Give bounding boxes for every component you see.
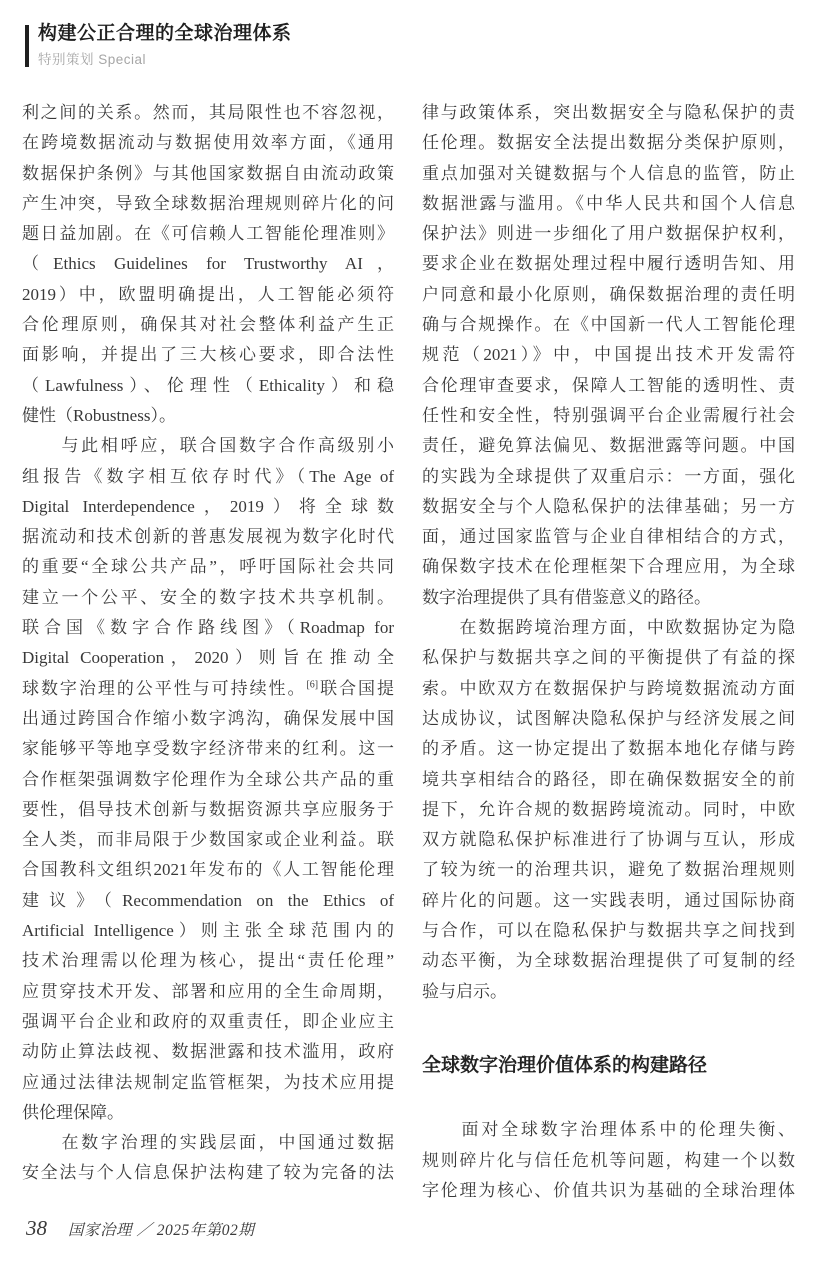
journal-name: 国家治理 ／ 2025年第02期	[68, 1218, 254, 1240]
text-line: 合伦理原则，确保其对社会整体利益产生正	[22, 310, 394, 340]
text-line: 的实践为全球提供了双重启示：一方面，强化	[422, 462, 795, 492]
text-line: 组报告《数字相互依存时代》（The Age of	[22, 462, 394, 492]
text-line: 合伦理审查要求，保障人工智能的透明性、责	[422, 371, 795, 401]
text-line: 供伦理保障。	[22, 1098, 394, 1128]
text-line: 提下，允许合规的数据跨境流动。同时，中欧	[422, 795, 795, 825]
text-line: 强调平台企业和政府的双重责任，即企业应主	[22, 1007, 394, 1037]
text-run: 联合国提	[318, 679, 394, 698]
text-line: 确保数字技术在伦理框架下合理应用，为全球	[422, 552, 795, 582]
text-line: 技术治理需以伦理为核心，提出“责任伦理”	[22, 946, 394, 976]
text-line: Digital Interdependence，2019）将全球数	[22, 492, 394, 522]
text-line: 验与启示。	[422, 977, 795, 1007]
text-line: 双方就隐私保护标准进行了协调与互认，形成	[422, 825, 795, 855]
text-line: 动态平衡，为全球数据治理提供了可复制的经	[422, 946, 795, 976]
text-line: 建立一个公平、安全的数字技术共享机制。	[22, 583, 394, 613]
text-line: 面对全球数字治理体系中的伦理失衡、	[422, 1115, 795, 1145]
header: 构建公正合理的全球治理体系 特别策划 Special	[38, 21, 292, 69]
page-title: 构建公正合理的全球治理体系	[38, 21, 292, 47]
text-line: 合作框架强调数字伦理作为全球公共产品的重	[22, 765, 394, 795]
text-line: 全人类，而非局限于少数国家或企业利益。联	[22, 825, 394, 855]
text-line: 安全法与个人信息保护法构建了较为完备的法	[22, 1158, 394, 1188]
text-run: 球数字治理的公平性与可持续性。	[22, 679, 306, 698]
text-line: 要求企业在数据处理过程中履行透明告知、用	[422, 249, 795, 279]
column-left: 利之间的关系。然而，其局限性也不容忽视，在跨境数据流动与数据使用效率方面，《通用…	[22, 98, 394, 1206]
text-line: 达成协议，试图解决隐私保护与经济发展之间	[422, 704, 795, 734]
text-line: 与合作，可以在隐私保护与数据共享之间找到	[422, 916, 795, 946]
text-line: 要性，倡导技术创新与数据资源共享应服务于	[22, 795, 394, 825]
text-line: 在数字治理的实践层面，中国通过数据	[22, 1128, 394, 1158]
text-line: 数据安全与个人隐私保护的法律基础；另一方	[422, 492, 795, 522]
text-line: 确与合规操作。在《中国新一代人工智能伦理	[422, 310, 795, 340]
text-line: Digital Cooperation，2020）则旨在推动全	[22, 643, 394, 673]
text-line: 合国教科文组织2021年发布的《人工智能伦理	[22, 855, 394, 885]
text-line: （Lawfulness）、伦理性（Ethicality）和稳	[22, 371, 394, 401]
text-line: 健性（Robustness）。	[22, 401, 394, 431]
page-root: 构建公正合理的全球治理体系 特别策划 Special 利之间的关系。然而，其局限…	[0, 0, 829, 1263]
text-line: 了较为统一的治理共识，避免了数据治理规则	[422, 855, 795, 885]
text-line: 数据泄露与滥用。《中华人民共和国个人信息	[422, 189, 795, 219]
text-line: 户同意和最小化原则，确保数据治理的责任明	[422, 280, 795, 310]
text-line: 应贯穿技术开发、部署和应用的全生命周期，	[22, 977, 394, 1007]
text-line: 面，通过国家监管与企业自律相结合的方式，	[422, 522, 795, 552]
text-line: 保护法》则进一步细化了用户数据保护权利，	[422, 219, 795, 249]
text-line: 责任，避免算法偏见、数据泄露等问题。中国	[422, 431, 795, 461]
article-body: 利之间的关系。然而，其局限性也不容忽视，在跨境数据流动与数据使用效率方面，《通用…	[22, 98, 795, 1206]
text-line: 境共享相结合的路径，即在确保数据安全的前	[422, 765, 795, 795]
page-subtitle: 特别策划 Special	[38, 51, 292, 69]
text-line: 索。中欧双方在数据保护与跨境数据流动方面	[422, 674, 795, 704]
text-line: 规范（2021）》中，中国提出技术开发需符	[422, 340, 795, 370]
text-line: 私保护与数据共享之间的平衡提供了有益的探	[422, 643, 795, 673]
text-line: 字伦理为核心、价值共识为基础的全球治理体	[422, 1176, 795, 1206]
page-number: 38	[26, 1216, 47, 1241]
text-line: Artificial Intelligence）则主张全球范围内的	[22, 916, 394, 946]
footer: 38 国家治理 ／ 2025年第02期	[26, 1216, 254, 1241]
text-line: 在跨境数据流动与数据使用效率方面，《通用	[22, 128, 394, 158]
text-line: 建议》（Recommendation on the Ethics of	[22, 886, 394, 916]
text-line: 在数据跨境治理方面，中欧数据协定为隐	[422, 613, 795, 643]
text-line: 任性和安全性，特别强调平台企业需履行社会	[422, 401, 795, 431]
text-line: 动防止算法歧视、数据泄露和技术滥用，政府	[22, 1037, 394, 1067]
text-line: 球数字治理的公平性与可持续性。[6]联合国提	[22, 674, 394, 704]
column-right: 律与政策体系，突出数据安全与隐私保护的责任伦理。数据安全法提出数据分类保护原则，…	[422, 98, 795, 1206]
text-line: 题日益加剧。在《可信赖人工智能伦理准则》	[22, 219, 394, 249]
text-line: 任伦理。数据安全法提出数据分类保护原则，	[422, 128, 795, 158]
text-line: 规则碎片化与信任危机等问题，构建一个以数	[422, 1146, 795, 1176]
text-line: 的重要“全球公共产品”，呼吁国际社会共同	[22, 552, 394, 582]
text-line: 2019）中，欧盟明确提出，人工智能必须符	[22, 280, 394, 310]
text-line: 联合国《数字合作路线图》（Roadmap for	[22, 613, 394, 643]
text-line: 的矛盾。这一协定提出了数据本地化存储与跨	[422, 734, 795, 764]
text-line: 数据保护条例》与其他国家数据自由流动政策	[22, 159, 394, 189]
text-line: 数字治理提供了具有借鉴意义的路径。	[422, 583, 795, 613]
text-line: 家能够平等地享受数字经济带来的红利。这一	[22, 734, 394, 764]
text-line: 面影响，并提出了三大核心要求，即合法性	[22, 340, 394, 370]
text-line: 重点加强对关键数据与个人信息的监管，防止	[422, 159, 795, 189]
text-line: 碎片化的问题。这一实践表明，通过国际协商	[422, 886, 795, 916]
footnote-ref: [6]	[306, 679, 318, 690]
text-line: 产生冲突，导致全球数据治理规则碎片化的问	[22, 189, 394, 219]
text-line: 出通过跨国合作缩小数字鸿沟，确保发展中国	[22, 704, 394, 734]
text-line: 利之间的关系。然而，其局限性也不容忽视，	[22, 98, 394, 128]
text-line: 律与政策体系，突出数据安全与隐私保护的责	[422, 98, 795, 128]
text-line: 与此相呼应，联合国数字合作高级别小	[22, 431, 394, 461]
section-heading: 全球数字治理价值体系的构建路径	[422, 1051, 795, 1081]
text-line: 应通过法律法规制定监管框架，为技术应用提	[22, 1068, 394, 1098]
text-line: （Ethics Guidelines for Trustworthy AI，	[22, 249, 394, 279]
brand-bar	[25, 25, 29, 67]
text-line: 据流动和技术创新的普惠发展视为数字化时代	[22, 522, 394, 552]
